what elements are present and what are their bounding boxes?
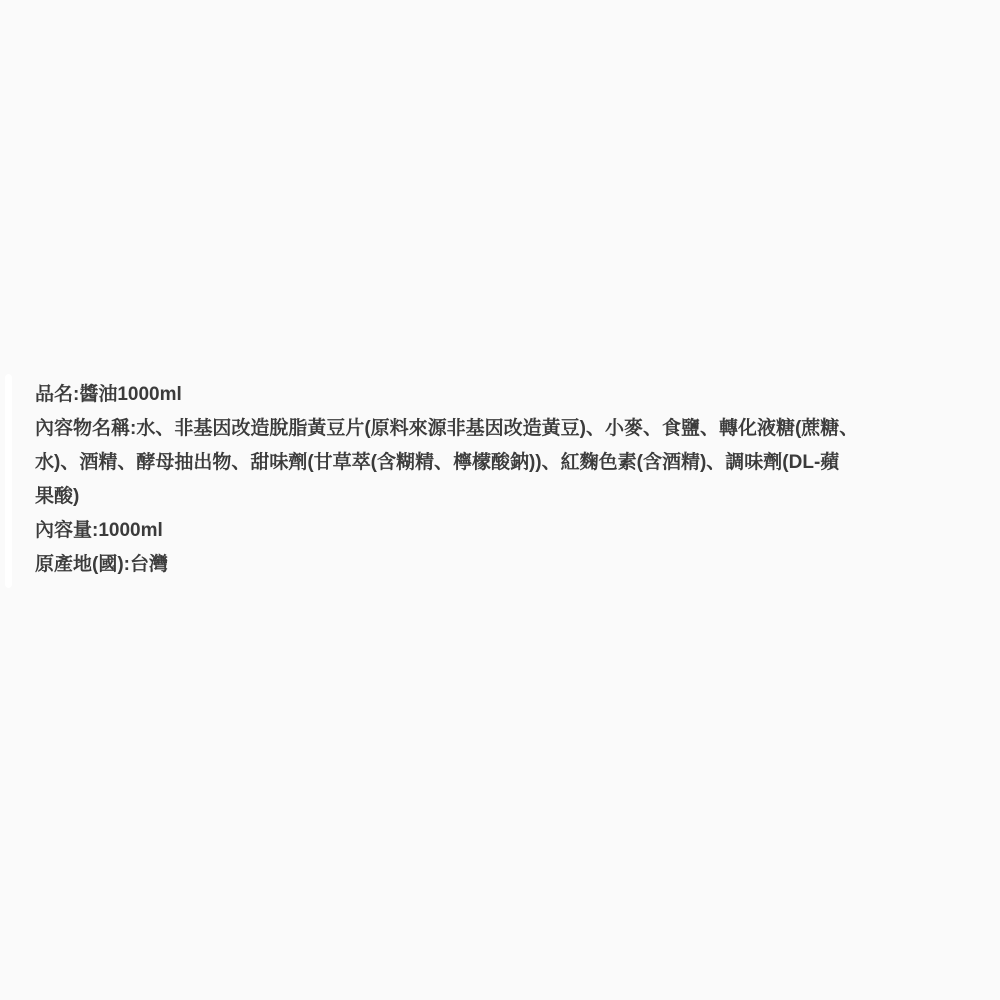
ingredients-line-2: 水)、酒精、酵母抽出物、甜味劑(甘草萃(含糊精、檸檬酸鈉))、紅麴色素(含酒精)… xyxy=(35,446,965,480)
left-scrollbar-thumb[interactable] xyxy=(5,374,12,588)
product-description-page: 品名:醬油1000ml 內容物名稱:水、非基因改造脫脂黃豆片(原料來源非基因改造… xyxy=(0,0,1000,1000)
product-name-line: 品名:醬油1000ml xyxy=(35,378,965,412)
origin-country-line: 原產地(國):台灣 xyxy=(35,548,965,582)
ingredients-line-3: 果酸) xyxy=(35,480,965,514)
net-content-line: 內容量:1000ml xyxy=(35,514,965,548)
product-description-text: 品名:醬油1000ml 內容物名稱:水、非基因改造脫脂黃豆片(原料來源非基因改造… xyxy=(35,378,965,582)
ingredients-line-1: 內容物名稱:水、非基因改造脫脂黃豆片(原料來源非基因改造黃豆)、小麥、食鹽、轉化… xyxy=(35,412,965,446)
